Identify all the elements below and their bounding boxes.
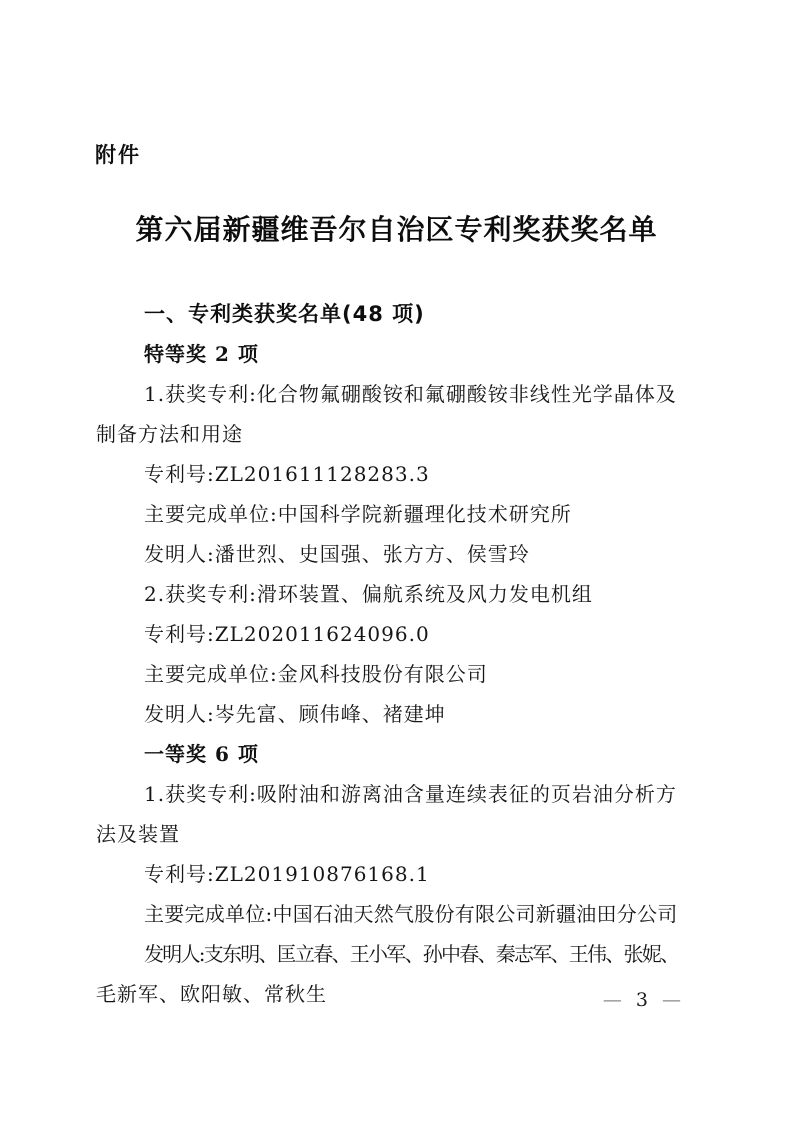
patent-title-line: 制备方法和用途 bbox=[96, 414, 680, 454]
inventors: 发明人:岑先富、顾伟峰、褚建坤 bbox=[96, 694, 680, 734]
patent-number-line: 专利号:ZL201611128283.3 bbox=[96, 454, 680, 494]
page-number: 3 bbox=[636, 988, 648, 1012]
section-heading-line: 一、专利类获奖名单(48 项) bbox=[96, 294, 680, 334]
patent-title: 1.获奖专利:化合物氟硼酸铵和氟硼酸铵非线性光学晶体及制备方法和用途 bbox=[96, 374, 680, 454]
patent-number-line: 专利号:ZL202011624096.0 bbox=[96, 614, 680, 654]
award-list: 一、专利类获奖名单(48 项)特等奖 2 项1.获奖专利:化合物氟硼酸铵和氟硼酸… bbox=[96, 294, 680, 1014]
award-level-heading-line: 特等奖 2 项 bbox=[96, 334, 680, 374]
award-level-heading: 特等奖 2 项 bbox=[96, 334, 680, 374]
patent-title-line: 1.获奖专利:吸附油和游离油含量连续表征的页岩油分析方 bbox=[96, 774, 680, 814]
footer-dash-right: — bbox=[662, 989, 681, 1011]
footer-dash-left: — bbox=[603, 989, 622, 1011]
section-heading: 一、专利类获奖名单(48 项) bbox=[96, 294, 680, 334]
award-level-heading: 一等奖 6 项 bbox=[96, 734, 680, 774]
organization: 主要完成单位:中国石油天然气股份有限公司新疆油田分公司 bbox=[96, 894, 680, 934]
patent-number: 专利号:ZL201910876168.1 bbox=[96, 854, 680, 894]
organization-line: 主要完成单位:中国科学院新疆理化技术研究所 bbox=[96, 494, 680, 534]
organization: 主要完成单位:中国科学院新疆理化技术研究所 bbox=[96, 494, 680, 534]
document-title: 第六届新疆维吾尔自治区专利奖获奖名单 bbox=[0, 208, 793, 248]
inventors-line: 发明人:潘世烈、史国强、张方方、侯雪玲 bbox=[96, 534, 680, 574]
patent-title: 1.获奖专利:吸附油和游离油含量连续表征的页岩油分析方法及装置 bbox=[96, 774, 680, 854]
page-footer: —3— bbox=[603, 988, 681, 1012]
patent-title-line: 法及装置 bbox=[96, 814, 680, 854]
inventors-line: 发明人:岑先富、顾伟峰、褚建坤 bbox=[96, 694, 680, 734]
inventors: 发明人:潘世烈、史国强、张方方、侯雪玲 bbox=[96, 534, 680, 574]
document-page: 附件 第六届新疆维吾尔自治区专利奖获奖名单 一、专利类获奖名单(48 项)特等奖… bbox=[0, 0, 793, 1122]
patent-number-line: 专利号:ZL201910876168.1 bbox=[96, 854, 680, 894]
attachment-label: 附件 bbox=[95, 139, 141, 169]
patent-number: 专利号:ZL201611128283.3 bbox=[96, 454, 680, 494]
patent-title-line: 1.获奖专利:化合物氟硼酸铵和氟硼酸铵非线性光学晶体及 bbox=[96, 374, 680, 414]
award-level-heading-line: 一等奖 6 项 bbox=[96, 734, 680, 774]
inventors: 发明人:支东明、匡立春、王小军、孙中春、秦志军、王伟、张妮、毛新军、欧阳敏、常秋… bbox=[96, 934, 680, 1014]
patent-title-line: 2.获奖专利:滑环装置、偏航系统及风力发电机组 bbox=[96, 574, 680, 614]
inventors-line: 毛新军、欧阳敏、常秋生 bbox=[96, 974, 680, 1014]
organization-line: 主要完成单位:金风科技股份有限公司 bbox=[96, 654, 680, 694]
inventors-line: 发明人:支东明、匡立春、王小军、孙中春、秦志军、王伟、张妮、 bbox=[96, 934, 680, 974]
organization-line: 主要完成单位:中国石油天然气股份有限公司新疆油田分公司 bbox=[96, 894, 680, 934]
patent-number: 专利号:ZL202011624096.0 bbox=[96, 614, 680, 654]
organization: 主要完成单位:金风科技股份有限公司 bbox=[96, 654, 680, 694]
patent-title: 2.获奖专利:滑环装置、偏航系统及风力发电机组 bbox=[96, 574, 680, 614]
